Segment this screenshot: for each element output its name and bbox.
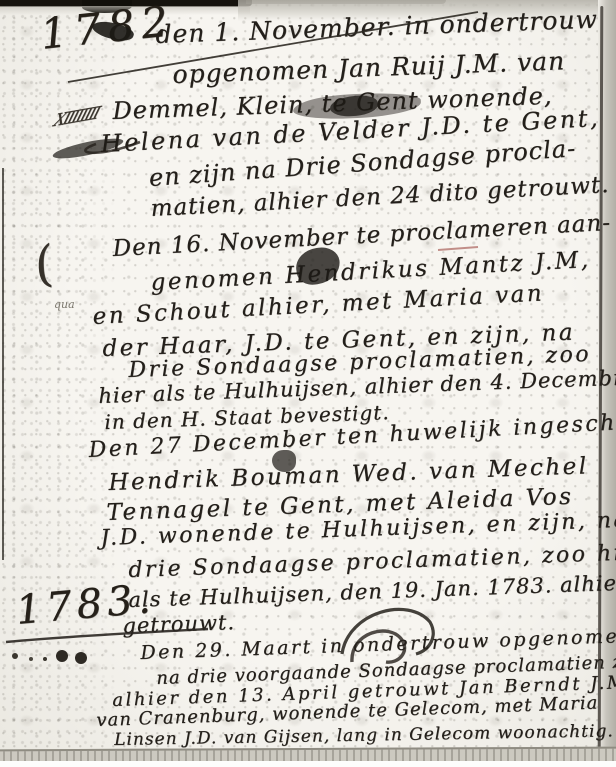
red-strike-stroke — [438, 247, 478, 250]
ink-dots — [12, 653, 18, 659]
margin-tally-mark: XIIIIIIII — [51, 102, 101, 130]
margin-aside-mark: qua — [54, 298, 75, 311]
scan-left-edge-line — [2, 168, 4, 560]
scan-bottom-margin — [0, 761, 616, 767]
register-page-scan: 1782 XIIIIIIII ( qua 1783. den 1. Novemb… — [0, 0, 616, 767]
margin-bracket-mark: ( — [28, 235, 60, 294]
register-line: getrouwt. — [122, 610, 235, 638]
